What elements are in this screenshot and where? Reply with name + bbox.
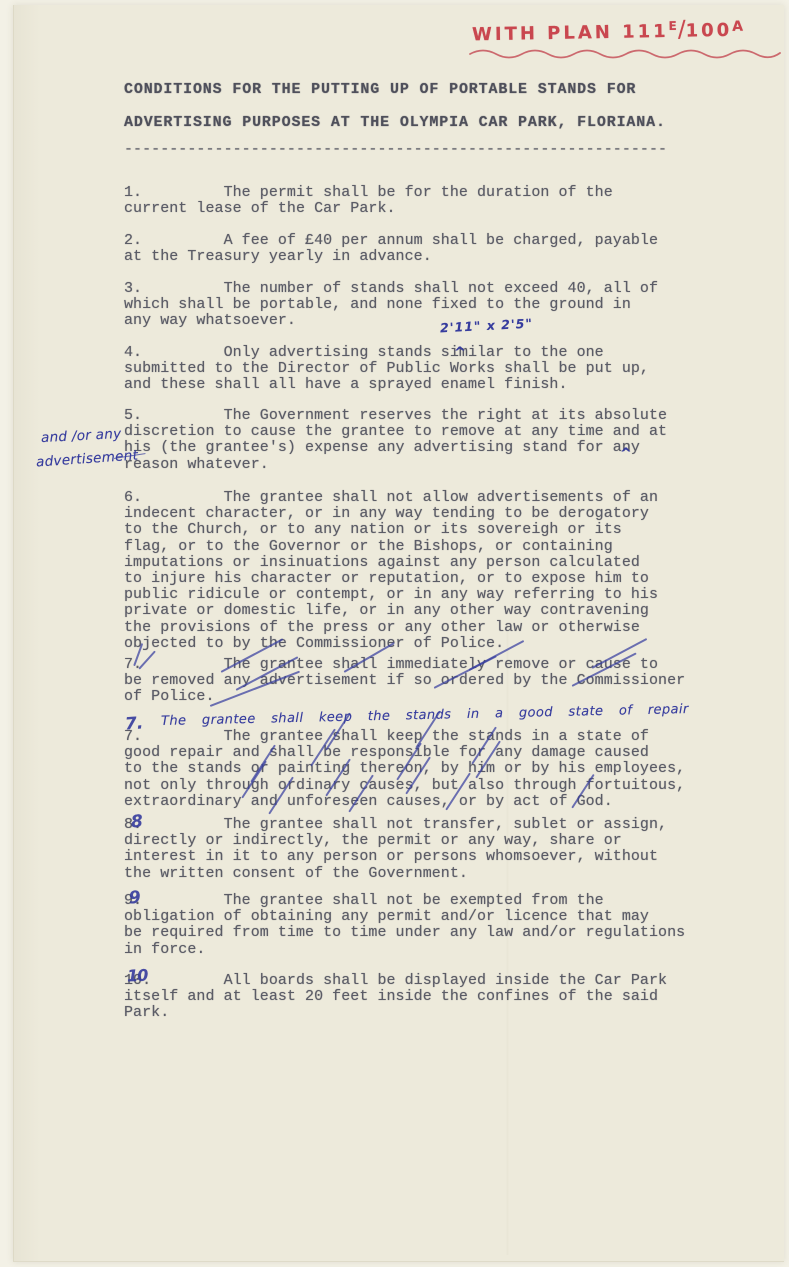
clause-5: 5. The Government reserves the right at …	[124, 408, 667, 473]
renumber-overlay-8: 8	[130, 812, 144, 833]
title-divider: ----------------------------------------…	[124, 142, 667, 158]
red-plan-superscript: E	[668, 19, 677, 33]
clause-10: 10. All boards shall be displayed inside…	[124, 973, 667, 1022]
renumber-overlay-9: 9	[128, 887, 142, 908]
renumber-overlay-10: 10	[127, 966, 148, 986]
document-title-line2: ADVERTISING PURPOSES AT THE OLYMPIA CAR …	[124, 115, 666, 131]
red-plan-text: WITH PLAN 111	[472, 21, 669, 45]
inserted-handwritten-sentence: The grantee shall keep the stands in a g…	[161, 702, 689, 729]
clause-3: 3. The number of stands shall not exceed…	[124, 281, 658, 330]
margin-note-line1: and /or any	[41, 426, 122, 446]
red-plan-number: 100	[685, 20, 732, 42]
clause-8: 8. The grantee shall not transfer, suble…	[124, 817, 667, 882]
renumber-overlay-7: 7.	[124, 713, 144, 734]
clause-6: 6. The grantee shall not allow advertise…	[124, 490, 658, 652]
document-title-line1: CONDITIONS FOR THE PUTTING UP OF PORTABL…	[124, 82, 636, 98]
insertion-caret-clause4: ^	[454, 345, 466, 361]
red-underline-squiggle	[467, 45, 785, 61]
red-plan-annotation: WITH PLAN 111E/100A	[472, 16, 746, 47]
insertion-caret-clause5: ^	[620, 446, 632, 462]
clause-2: 2. A fee of £40 per annum shall be charg…	[124, 233, 658, 265]
clause-9: 9. The grantee shall not be exempted fro…	[124, 893, 685, 958]
clause-1: 1. The permit shall be for the duration …	[124, 185, 613, 217]
red-plan-number-superscript: A	[732, 19, 746, 35]
document-page: WITH PLAN 111E/100A CONDITIONS FOR THE P…	[13, 5, 784, 1262]
clause-4: 4. Only advertising stands similar to th…	[124, 345, 649, 394]
clause-7-struck-out: 7. The grantee shall immediately remove …	[124, 657, 685, 706]
